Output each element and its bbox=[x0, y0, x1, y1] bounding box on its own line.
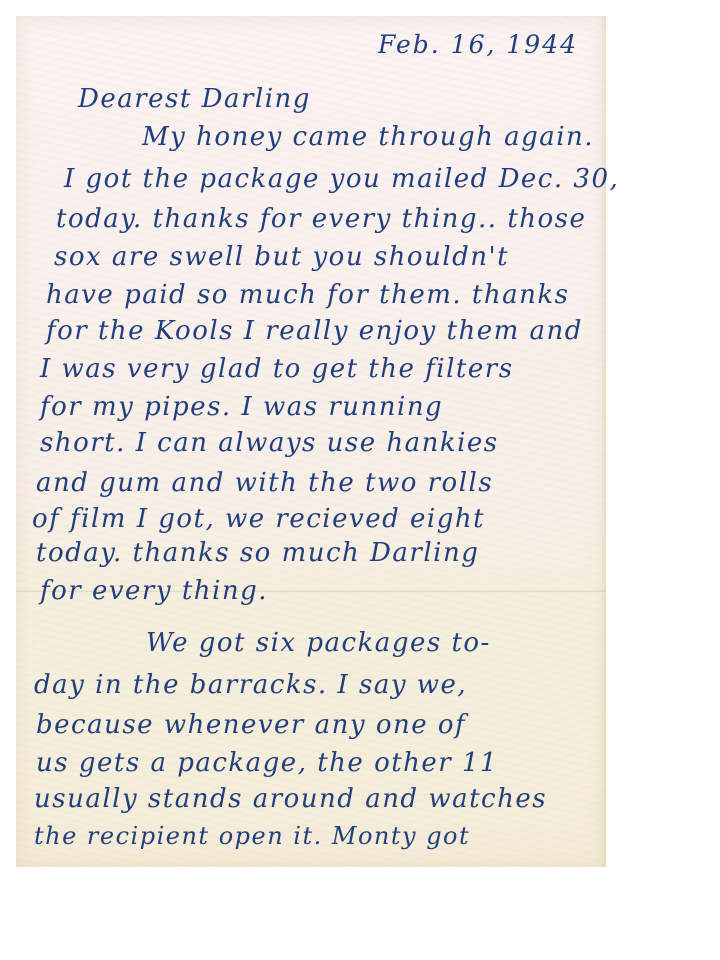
letter-page: Feb. 16, 1944 Dearest Darling My honey c… bbox=[16, 16, 606, 867]
letter-line-7: I was very glad to get the filters bbox=[40, 356, 514, 382]
letter-line-10: and gum and with the two rolls bbox=[36, 470, 493, 496]
letter-line-17: us gets a package, the other 11 bbox=[36, 750, 498, 776]
paper-edge bbox=[600, 16, 606, 867]
letter-line-18: usually stands around and watches bbox=[34, 786, 547, 812]
letter-line-14: We got six packages to- bbox=[146, 630, 491, 656]
letter-line-12: today. thanks so much Darling bbox=[36, 540, 479, 566]
letter-line-5: have paid so much for them. thanks bbox=[46, 282, 569, 308]
letter-line-4: sox are swell but you shouldn't bbox=[54, 244, 509, 270]
letter-line-2: I got the package you mailed Dec. 30, bbox=[64, 166, 619, 192]
letter-line-6: for the Kools I really enjoy them and bbox=[46, 318, 583, 344]
letter-line-3: today. thanks for every thing.. those bbox=[56, 206, 586, 232]
letter-line-15: day in the barracks. I say we, bbox=[34, 672, 467, 698]
letter-line-19: the recipient open it. Monty got bbox=[34, 824, 470, 848]
letter-line-13: for every thing. bbox=[40, 578, 268, 604]
letter-salutation: Dearest Darling bbox=[78, 86, 311, 112]
letter-line-9: short. I can always use hankies bbox=[40, 430, 499, 456]
letter-line-16: because whenever any one of bbox=[36, 712, 466, 738]
letter-line-8: for my pipes. I was running bbox=[40, 394, 443, 420]
letter-line-1: My honey came through again. bbox=[142, 124, 594, 150]
letter-line-11: of film I got, we recieved eight bbox=[32, 506, 485, 532]
letter-date: Feb. 16, 1944 bbox=[378, 32, 578, 57]
